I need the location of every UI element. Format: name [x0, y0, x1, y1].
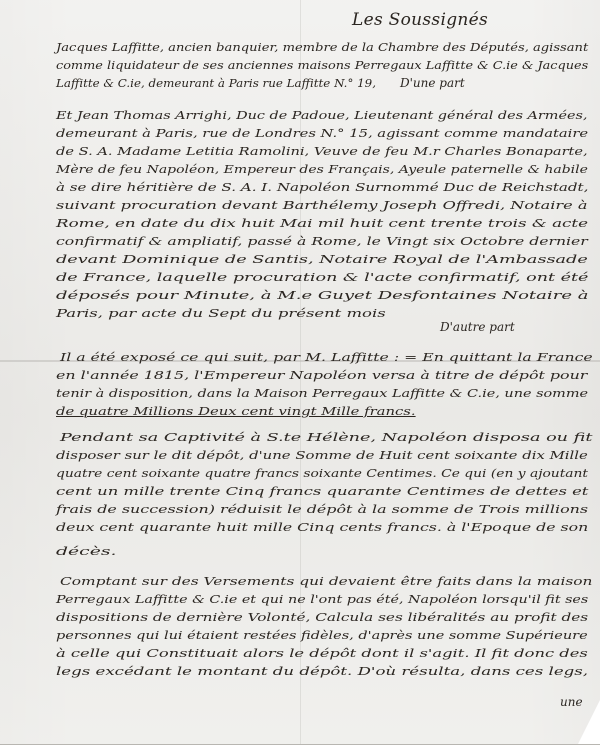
text-line: de France, laquelle procuration & l'acte… [56, 268, 588, 286]
text-line: personnes qui lui étaient restées fidèle… [56, 626, 588, 644]
text-line: Mère de feu Napoléon, Empereur des Franç… [56, 160, 588, 178]
text-line: Laffitte & C.ie, demeurant à Paris rue L… [56, 74, 376, 92]
text-line: Paris, par acte du Sept du présent mois [56, 304, 386, 322]
text-line: demeurant à Paris, rue de Londres N.° 15… [56, 124, 588, 142]
text-line: Il a été exposé ce qui suit, par M. Laff… [60, 348, 593, 366]
text-line: legs excédant le montant du dépôt. D'où … [56, 662, 588, 680]
manuscript-page: Les Soussignés Jacques Laffitte, ancien … [0, 0, 600, 755]
text-line: Et Jean Thomas Arrighi, Duc de Padoue, L… [56, 106, 587, 124]
text-line: à se dire héritière de S. A. I. Napoléon… [56, 178, 588, 196]
party-two-closing: D'autre part [440, 320, 515, 334]
text-line: de S. A. Madame Letitia Ramolini, Veuve … [56, 142, 588, 160]
torn-corner [578, 700, 600, 744]
text-line: Pendant sa Captivité à S.te Hélène, Napo… [60, 428, 592, 446]
text-line: décès. [56, 542, 116, 560]
page-bottom-edge [0, 744, 600, 755]
text-line: devant Dominique de Santis, Notaire Roya… [56, 250, 588, 268]
text-line: disposer sur le dit dépôt, d'une Somme d… [56, 446, 588, 464]
text-line: confirmatif & ampliatif, passé à Rome, l… [56, 232, 588, 250]
text-line: à celle qui Constituait alors le dépôt d… [56, 644, 588, 662]
text-line: tenir à disposition, dans la Maison Perr… [56, 384, 588, 402]
text-line: Rome, en date du dix huit Mai mil huit c… [56, 214, 588, 232]
text-line: comme liquidateur de ses anciennes maiso… [56, 56, 588, 74]
text-line: dispositions de dernière Volonté, Calcul… [56, 608, 588, 626]
text-line: Comptant sur des Versements qui devaient… [60, 572, 592, 590]
text-line: déposés pour Minute, à M.e Guyet Desfont… [56, 286, 588, 304]
document-heading: Les Soussignés [352, 10, 488, 30]
text-line: cent un mille trente Cinq francs quarant… [56, 482, 588, 500]
text-line: frais de succession) réduisit le dépôt à… [56, 500, 588, 518]
text-line: Perregaux Laffitte & C.ie et qui ne l'on… [56, 590, 588, 608]
text-line: suivant procuration devant Barthélemy Jo… [56, 196, 587, 214]
text-line: en l'année 1815, l'Empereur Napoléon ver… [56, 366, 587, 384]
deposit-amount-line: de quatre Millions Deux cent vingt Mille… [56, 402, 416, 420]
party-one-closing: D'une part [400, 76, 465, 90]
text-line: deux cent quarante huit mille Cinq cents… [56, 518, 588, 536]
text-line: quatre cent soixante quatre francs soixa… [56, 464, 588, 482]
text-line: Jacques Laffitte, ancien banquier, membr… [56, 38, 588, 56]
